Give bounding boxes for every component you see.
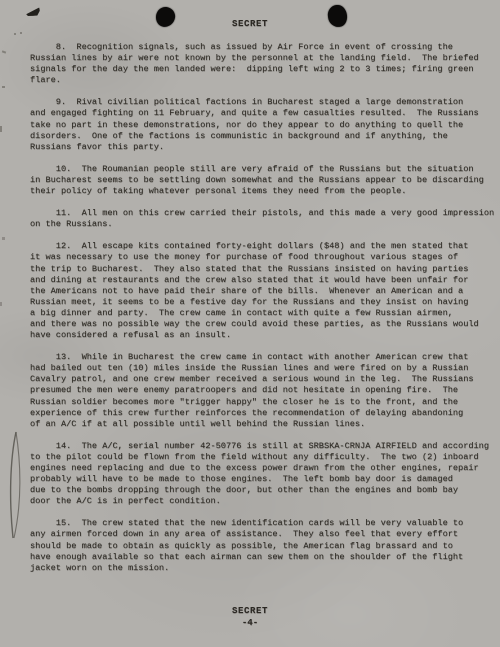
secret-stamp-bottom: SECRET — [0, 606, 500, 616]
ink-corner-mark — [26, 8, 41, 17]
paragraph-15: 15. The crew stated that the new identif… — [30, 518, 500, 573]
paragraph-8: 8. Recognition signals, such as issued b… — [30, 42, 500, 86]
pencil-dots-mark — [14, 32, 26, 36]
edge-tick-mark — [2, 86, 5, 88]
secret-stamp-top: SECRET — [0, 19, 500, 29]
paragraph-10: 10. The Roumanian people still are very … — [30, 164, 500, 197]
paragraph-14: 14. The A/C, serial number 42-50776 is s… — [30, 441, 500, 508]
edge-tick-mark — [2, 50, 6, 53]
pencil-margin-stroke — [4, 430, 30, 544]
paragraph-13: 13. While in Bucharest the crew came in … — [30, 352, 500, 430]
paragraph-9: 9. Rival civilian political factions in … — [30, 97, 500, 152]
paragraph-12: 12. All escape kits contained forty-eigh… — [30, 241, 500, 341]
page-number: -4- — [0, 618, 500, 628]
document-body: 8. Recognition signals, such as issued b… — [30, 42, 500, 585]
edge-tick-mark — [0, 302, 2, 306]
paragraph-11: 11. All men on this crew carried their p… — [30, 208, 500, 230]
document-page: SECRET 8. Recognition signals, such as i… — [0, 0, 500, 647]
edge-tick-mark — [2, 237, 5, 240]
edge-tick-mark — [0, 126, 2, 132]
